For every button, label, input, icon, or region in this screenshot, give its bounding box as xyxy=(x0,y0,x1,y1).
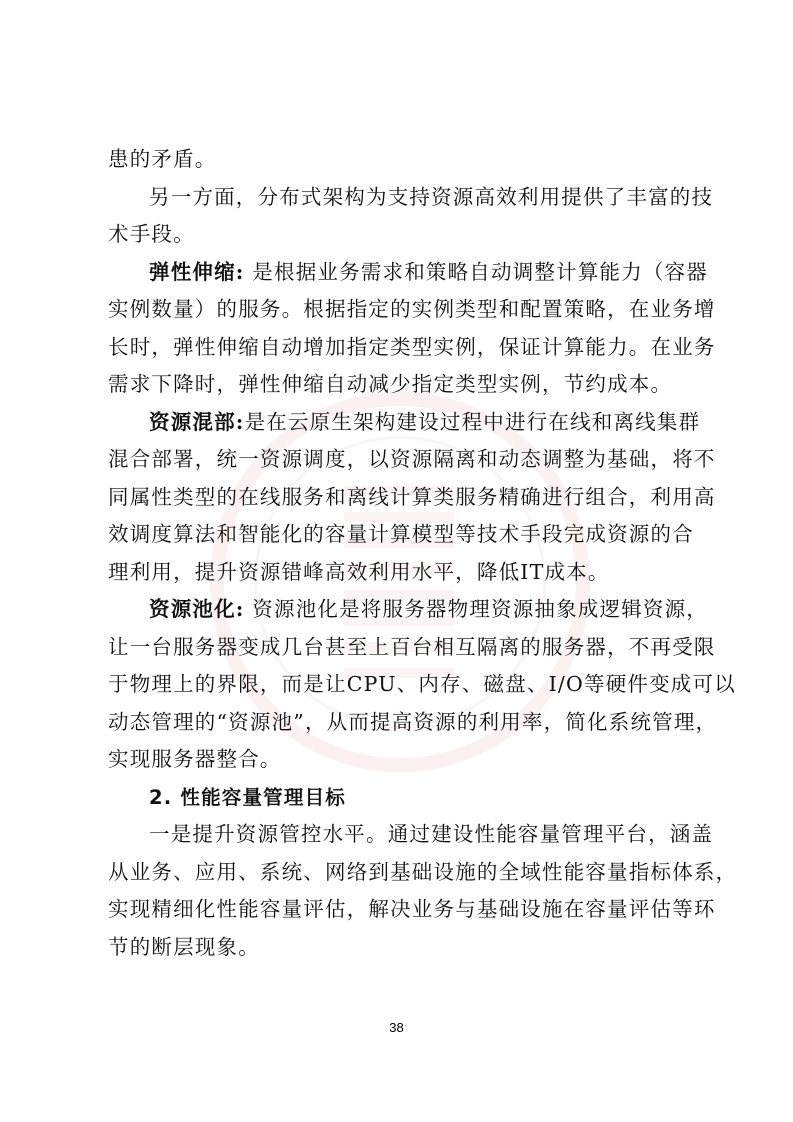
text-line: 动态管理的“资源池”，从而提高资源的利用率，简化系统管理， xyxy=(108,704,692,742)
text-line: 从业务、应用、系统、网络到基础设施的全域性能容量指标体系， xyxy=(108,854,692,892)
text-span: 资源池化是将服务器物理资源抽象成逻辑资源， xyxy=(245,597,708,621)
text-span: 是在云原生架构建设过程中进行在线和离线集群 xyxy=(245,410,701,434)
term-resource-pooling: 资源池化: xyxy=(149,597,245,621)
document-body: 患的矛盾。 另一方面，分布式架构为支持资源高效利用提供了丰富的技 术手段。 弹性… xyxy=(108,141,692,966)
paragraph-elastic-scaling: 弹性伸缩: 是根据业务需求和策略自动调整计算能力（容器 实例数量）的服务。根据指… xyxy=(108,254,692,404)
section-heading: 2. 性能容量管理目标 xyxy=(108,779,692,817)
paragraph-intro: 另一方面，分布式架构为支持资源高效利用提供了丰富的技 术手段。 xyxy=(108,179,692,254)
text-line: 另一方面，分布式架构为支持资源高效利用提供了丰富的技 xyxy=(108,179,692,217)
text-line: 长时，弹性伸缩自动增加指定类型实例，保证计算能力。在业务 xyxy=(108,329,692,367)
text-line: 资源混部:是在云原生架构建设过程中进行在线和离线集群 xyxy=(108,404,692,442)
text-line: 患的矛盾。 xyxy=(108,141,692,179)
text-line: 弹性伸缩: 是根据业务需求和策略自动调整计算能力（容器 xyxy=(108,254,692,292)
paragraph-goal-one: 一是提升资源管控水平。通过建设性能容量管理平台，涵盖 从业务、应用、系统、网络到… xyxy=(108,816,692,966)
term-resource-colocation: 资源混部: xyxy=(149,410,245,434)
text-line: 同属性类型的在线服务和离线计算类服务精确进行组合，利用高 xyxy=(108,479,692,517)
paragraph-continuation: 患的矛盾。 xyxy=(108,141,692,179)
text-line: 实现服务器整合。 xyxy=(108,741,692,779)
text-line: 于物理上的界限，而是让CPU、内存、磁盘、I/O等硬件变成可以 xyxy=(108,666,692,704)
text-line: 需求下降时，弹性伸缩自动减少指定类型实例，节约成本。 xyxy=(108,366,692,404)
text-span: 是根据业务需求和策略自动调整计算能力（容器 xyxy=(245,260,708,284)
term-elastic-scaling: 弹性伸缩: xyxy=(149,260,245,284)
text-line: 让一台服务器变成几台甚至上百台相互隔离的服务器，不再受限 xyxy=(108,629,692,667)
text-line: 理利用，提升资源错峰高效利用水平，降低IT成本。 xyxy=(108,554,692,592)
paragraph-resource-pooling: 资源池化: 资源池化是将服务器物理资源抽象成逻辑资源， 让一台服务器变成几台甚至… xyxy=(108,591,692,779)
text-line: 术手段。 xyxy=(108,216,692,254)
text-line: 混合部署，统一资源调度，以资源隔离和动态调整为基础，将不 xyxy=(108,441,692,479)
text-line: 资源池化: 资源池化是将服务器物理资源抽象成逻辑资源， xyxy=(108,591,692,629)
text-line: 一是提升资源管控水平。通过建设性能容量管理平台，涵盖 xyxy=(108,816,692,854)
text-line: 实现精细化性能容量评估，解决业务与基础设施在容量评估等环 xyxy=(108,891,692,929)
text-line: 实例数量）的服务。根据指定的实例类型和配置策略，在业务增 xyxy=(108,291,692,329)
text-line: 效调度算法和智能化的容量计算模型等技术手段完成资源的合 xyxy=(108,516,692,554)
page-number: 38 xyxy=(0,1020,793,1035)
paragraph-resource-colocation: 资源混部:是在云原生架构建设过程中进行在线和离线集群 混合部署，统一资源调度，以… xyxy=(108,404,692,592)
text-line: 节的断层现象。 xyxy=(108,929,692,967)
